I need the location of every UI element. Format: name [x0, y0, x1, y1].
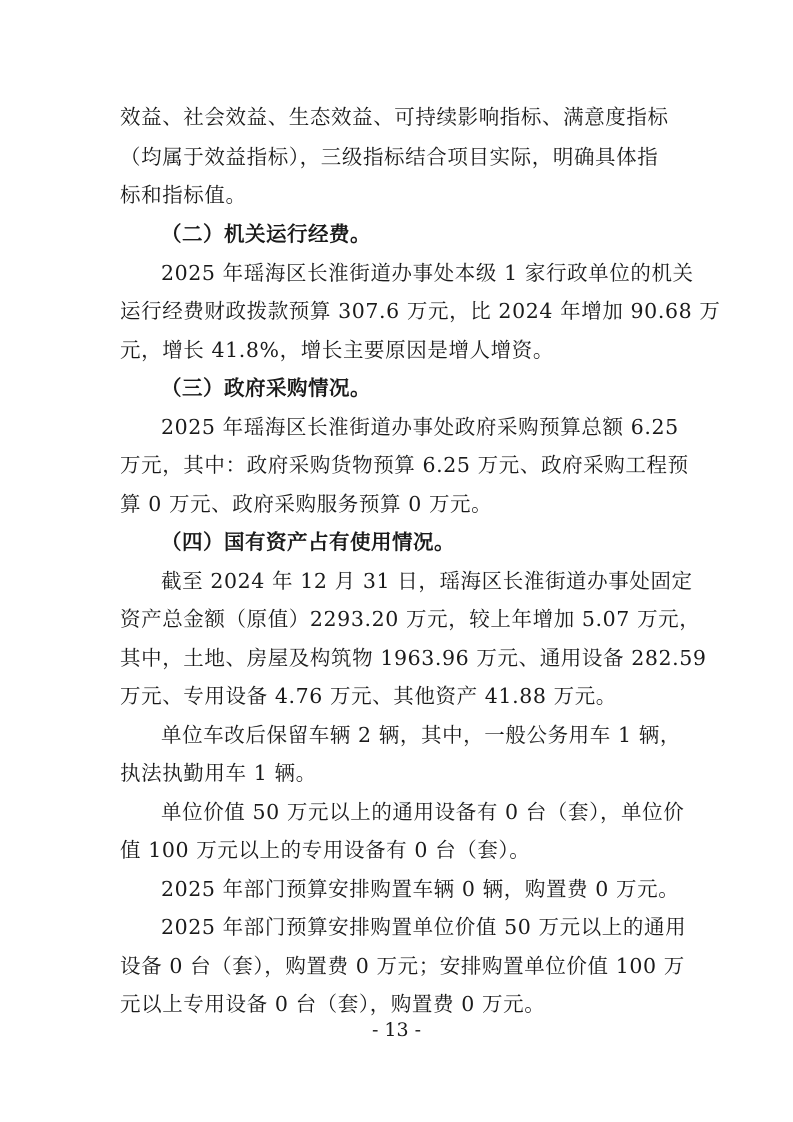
body-text-line: 单位价值 50 万元以上的通用设备有 0 台（套），单位价: [161, 799, 716, 825]
body-text-line: 执法执勤用车 1 辆。: [120, 760, 675, 786]
body-text-line: 标和指标值。: [120, 182, 675, 208]
body-text-line: 资产总金额（原值）2293.20 万元，较上年增加 5.07 万元，: [120, 606, 675, 632]
body-text-line: 效益、社会效益、生态效益、可持续影响指标、满意度指标: [120, 104, 675, 130]
body-text-line: 值 100 万元以上的专用设备有 0 台（套）。: [120, 837, 675, 863]
body-text-line: 2025 年部门预算安排购置单位价值 50 万元以上的通用: [161, 914, 716, 940]
body-text-line: 2025 年瑶海区长淮街道办事处本级 1 家行政单位的机关: [161, 260, 716, 286]
page-number: - 13 -: [0, 1018, 793, 1042]
section-heading-state-assets: （四）国有资产占有使用情况。: [161, 529, 716, 555]
body-text-line: （均属于效益指标），三级指标结合项目实际，明确具体指: [120, 144, 675, 170]
body-text-line: 其中，土地、房屋及构筑物 1963.96 万元、通用设备 282.59: [120, 645, 675, 671]
document-page: 效益、社会效益、生态效益、可持续影响指标、满意度指标 （均属于效益指标），三级指…: [0, 0, 793, 1122]
body-text-line: 元以上专用设备 0 台（套），购置费 0 万元。: [120, 991, 675, 1017]
body-text-line: 单位车改后保留车辆 2 辆，其中，一般公务用车 1 辆，: [161, 722, 716, 748]
body-text-line: 运行经费财政拨款预算 307.6 万元，比 2024 年增加 90.68 万: [120, 298, 675, 324]
body-text-line: 截至 2024 年 12 月 31 日，瑶海区长淮街道办事处固定: [161, 568, 716, 594]
body-text-line: 算 0 万元、政府采购服务预算 0 万元。: [120, 491, 675, 517]
body-text-line: 设备 0 台（套），购置费 0 万元；安排购置单位价值 100 万: [120, 953, 675, 979]
section-heading-operating-expenses: （二）机关运行经费。: [161, 221, 716, 247]
section-heading-government-procurement: （三）政府采购情况。: [161, 375, 716, 401]
body-text-line: 2025 年部门预算安排购置车辆 0 辆，购置费 0 万元。: [161, 876, 716, 902]
body-text-line: 2025 年瑶海区长淮街道办事处政府采购预算总额 6.25: [161, 414, 716, 440]
body-text-line: 万元、专用设备 4.76 万元、其他资产 41.88 万元。: [120, 683, 675, 709]
body-text-line: 元，增长 41.8%，增长主要原因是增人增资。: [120, 337, 675, 363]
body-text-line: 万元，其中：政府采购货物预算 6.25 万元、政府采购工程预: [120, 452, 675, 478]
